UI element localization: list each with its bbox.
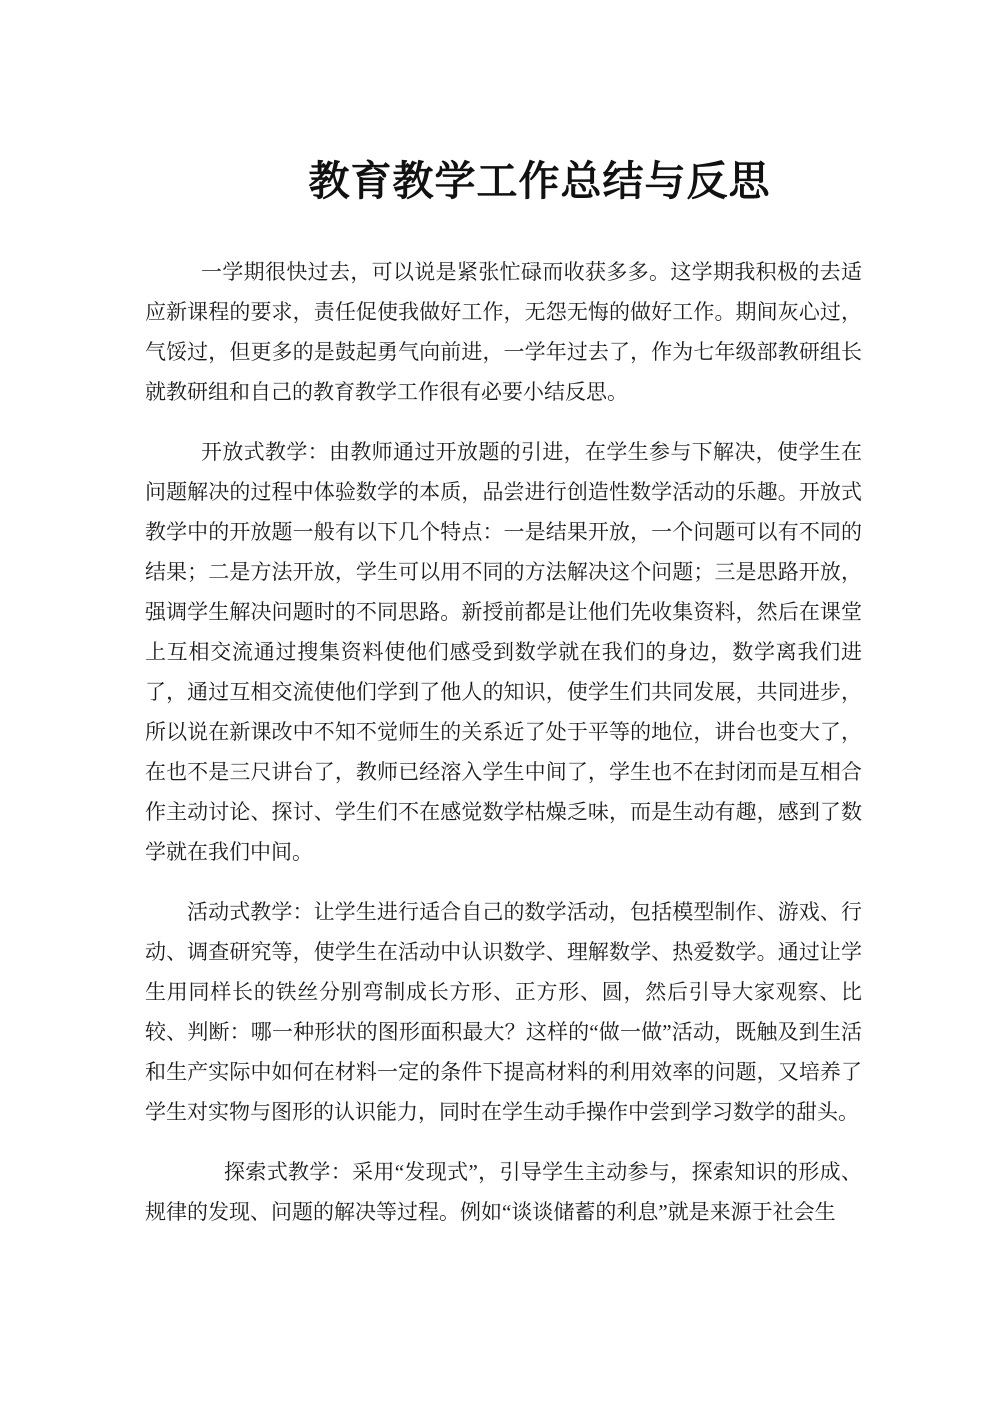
paragraph-activity-teaching: 活动式教学：让学生进行适合自己的数学活动，包括模型制作、游戏、行动、调查研究等，… [145,892,862,1132]
document-content: 教育教学工作总结与反思 一学期很快过去，可以说是紧张忙碌而收获多多。这学期我积极… [145,156,862,1252]
paragraph-intro: 一学期很快过去，可以说是紧张忙碌而收获多多。这学期我积极的去适应新课程的要求，责… [145,252,862,412]
paragraph-open-teaching: 开放式教学：由教师通过开放题的引进，在学生参与下解决，使学生在问题解决的过程中体… [145,432,862,872]
document-title: 教育教学工作总结与反思 [181,156,898,206]
document-page: 教育教学工作总结与反思 一学期很快过去，可以说是紧张忙碌而收获多多。这学期我积极… [0,0,1000,1415]
paragraph-exploratory-teaching: 探索式教学：采用“发现式”，引导学生主动参与，探索知识的形成、规律的发现、问题的… [145,1152,862,1232]
